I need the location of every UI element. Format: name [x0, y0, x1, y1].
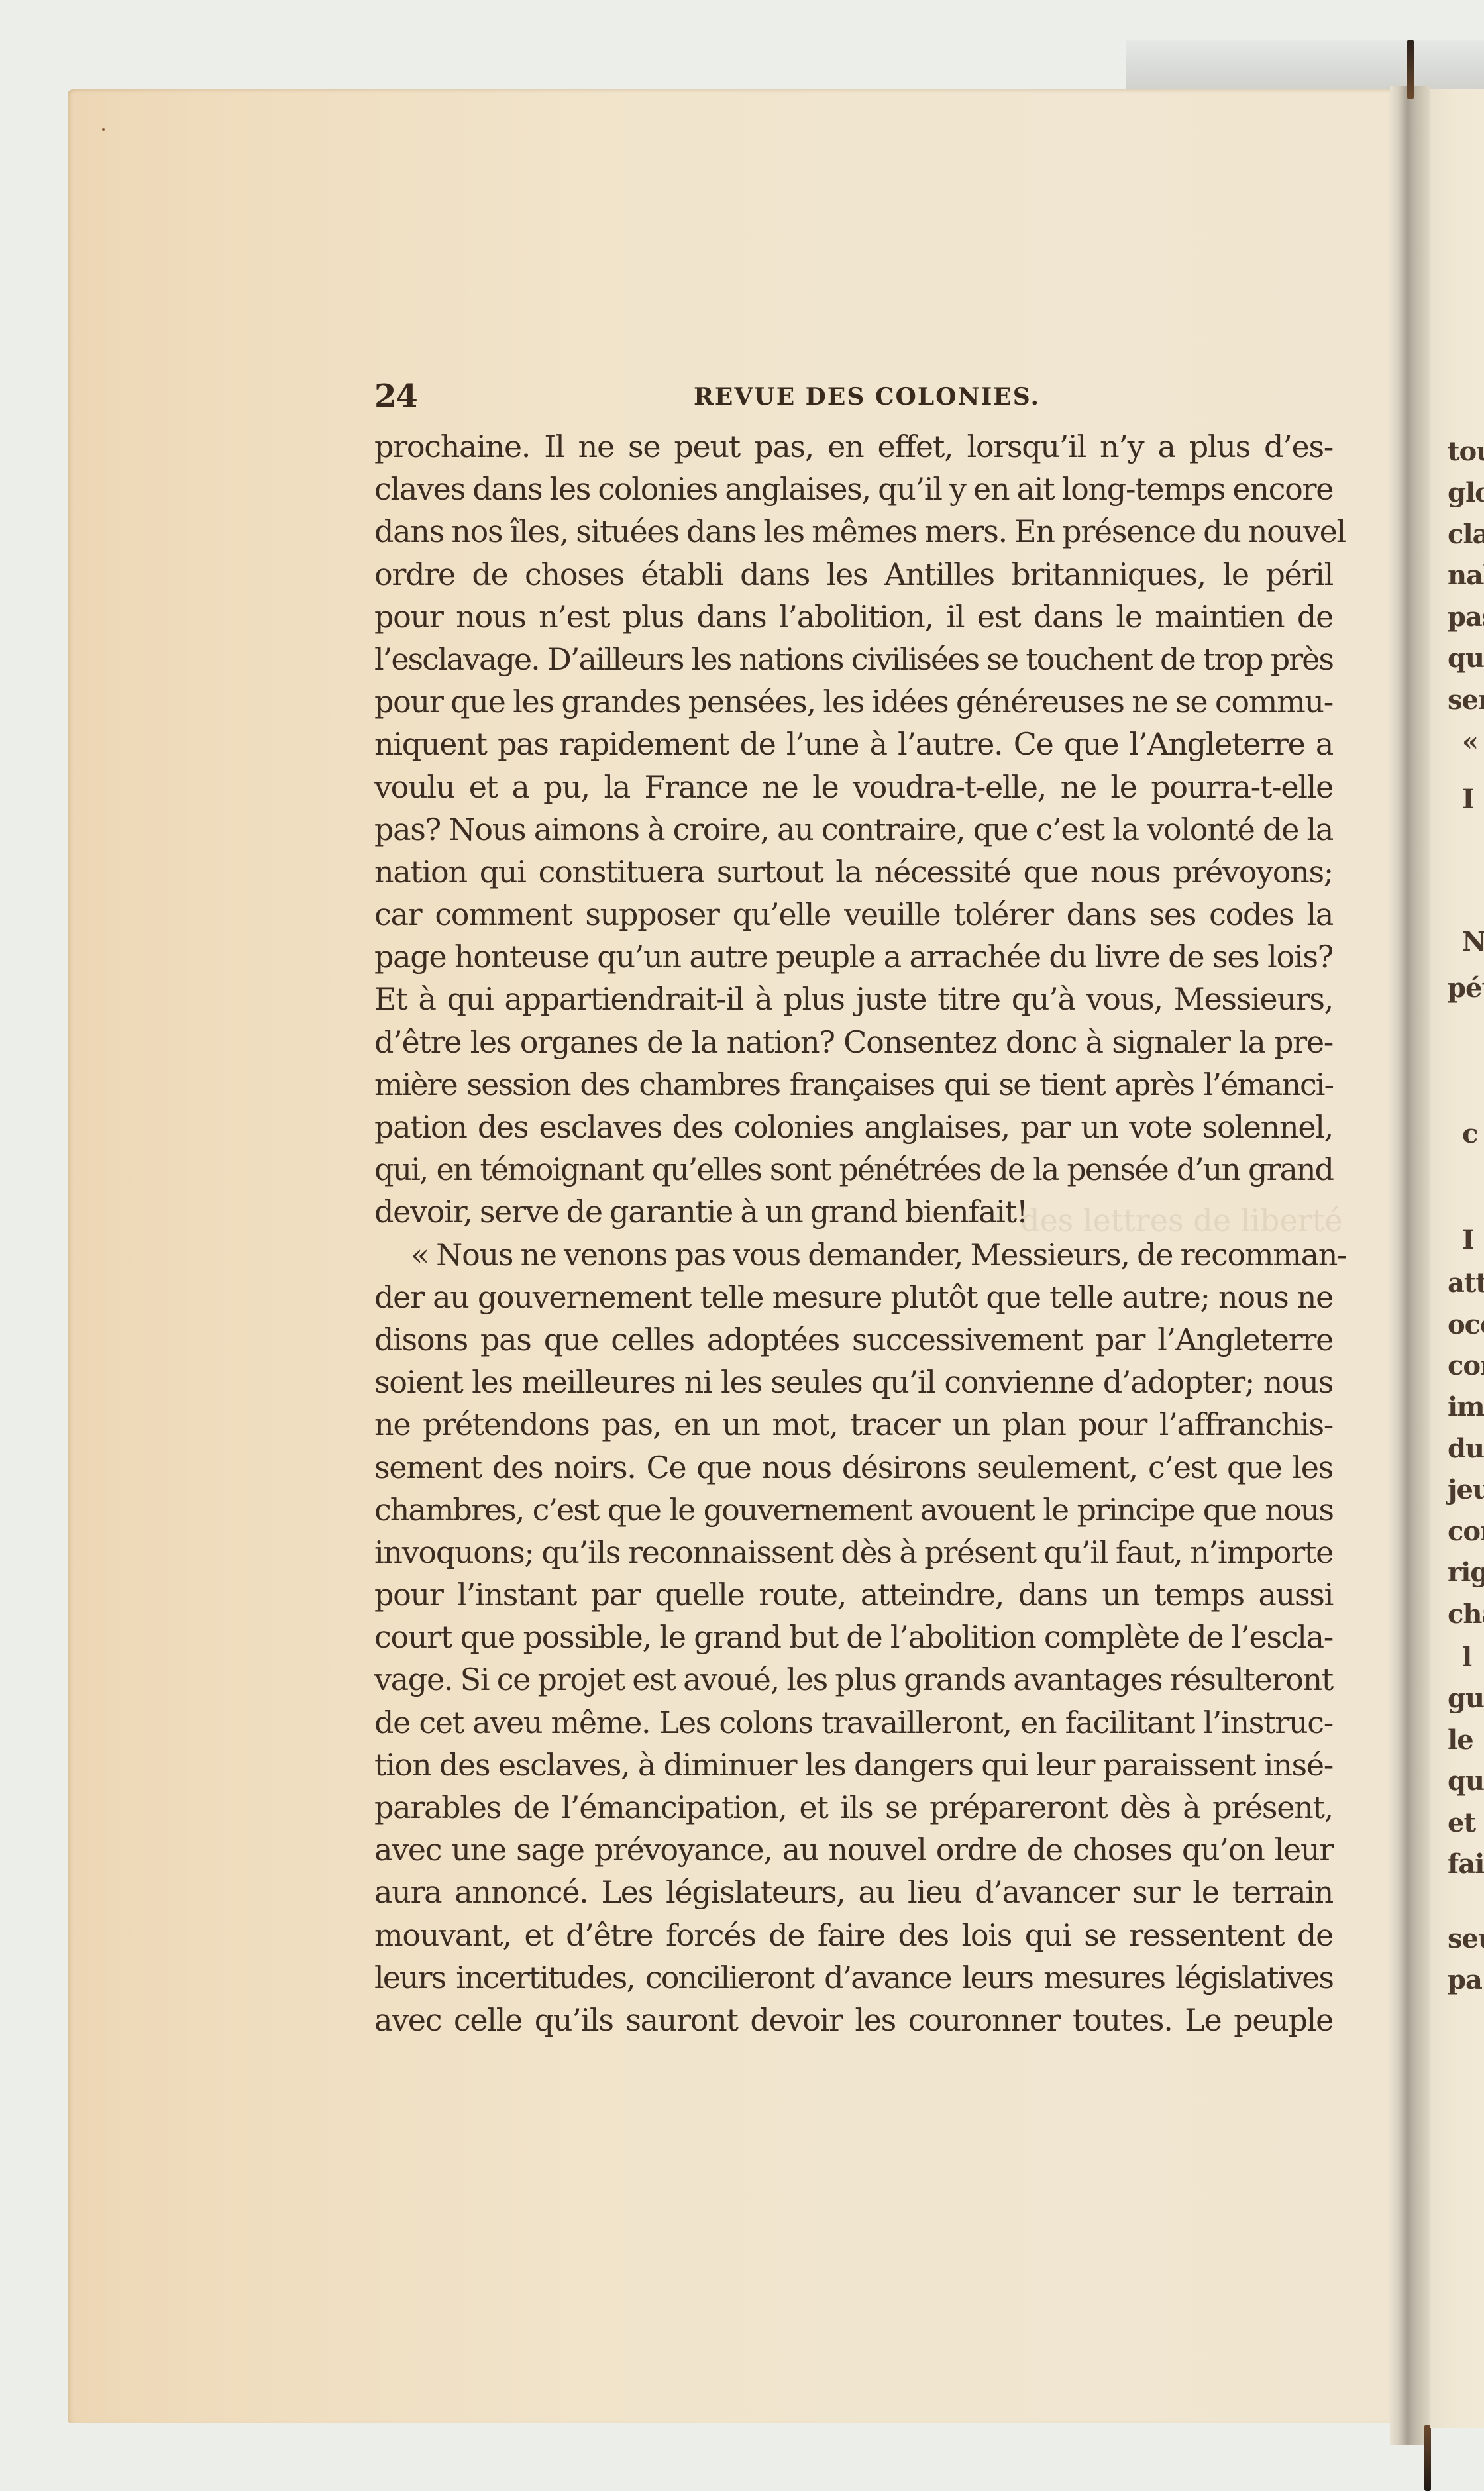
facing-page-fragment: l: [1462, 1642, 1471, 1673]
facing-page-fragment: jeu: [1448, 1474, 1484, 1505]
text-line: claves dans les colonies anglaises, qu’i…: [374, 468, 1333, 510]
text-line: voulu et a pu, la France ne le voudra-t-…: [374, 766, 1333, 808]
running-title: REVUE DES COLONIES.: [374, 383, 1333, 411]
facing-page-fragment: occ: [1448, 1309, 1484, 1340]
facing-page-fragment: que: [1448, 1766, 1484, 1797]
text-line: car comment supposer qu’elle veuille tol…: [374, 893, 1333, 935]
text-line: qui, en témoignant qu’elles sont pénétré…: [374, 1148, 1333, 1191]
book-gutter: [1390, 86, 1430, 2445]
facing-page-fragment: rig: [1448, 1557, 1484, 1588]
text-line: avec une sage prévoyance, au nouvel ordr…: [374, 1828, 1333, 1871]
text-line: de cet aveu même. Les colons travaillero…: [374, 1701, 1333, 1744]
text-line: invoquons; qu’ils reconnaissent dès à pr…: [374, 1531, 1333, 1573]
text-line-paragraph-end: devoir, serve de garantie à un grand bie…: [374, 1191, 1333, 1233]
text-line: prochaine. Il ne se peut pas, en effet, …: [374, 425, 1333, 468]
scanner-shadow: [1126, 40, 1484, 93]
spine-top-edge: [1407, 40, 1414, 99]
text-line: ne prétendons pas, en un mot, tracer un …: [374, 1403, 1333, 1446]
text-line: soient les meilleures ni les seules qu’i…: [374, 1361, 1333, 1403]
text-line: ordre de choses établi dans les Antilles…: [374, 553, 1333, 596]
text-line: pation des esclaves des colonies anglais…: [374, 1106, 1333, 1148]
text-line: pas? Nous aimons à croire, au contraire,…: [374, 808, 1333, 851]
facing-page-fragment: pa: [1448, 1964, 1482, 1995]
text-line: mouvant, et d’être forcés de faire des l…: [374, 1914, 1333, 1956]
facing-page-fragment: I: [1462, 784, 1474, 815]
facing-page-fragment: qu’e: [1448, 643, 1484, 674]
facing-page-fragment: cha: [1448, 1599, 1484, 1630]
facing-page-fragment: gloi: [1448, 477, 1484, 508]
text-line: parables de l’émancipation, et ils se pr…: [374, 1786, 1333, 1828]
text-line: d’être les organes de la nation? Consent…: [374, 1021, 1333, 1063]
facing-page-fragment: c: [1462, 1118, 1477, 1149]
facing-page-fragment: con: [1448, 1516, 1484, 1547]
facing-page-fragment: et: [1448, 1807, 1475, 1838]
facing-page-fragment: fai: [1448, 1848, 1484, 1880]
facing-page-fragment: tout: [1448, 436, 1484, 467]
facing-page-fragment: clam: [1448, 519, 1484, 550]
text-line: l’esclavage. D’ailleurs les nations civi…: [374, 638, 1333, 680]
text-line: vage. Si ce projet est avoué, les plus g…: [374, 1658, 1333, 1701]
facing-page-fragment: atti: [1448, 1267, 1484, 1298]
text-line-paragraph-start: « Nous ne venons pas vous demander, Mess…: [374, 1234, 1333, 1276]
text-line: aura annoncé. Les législateurs, au lieu …: [374, 1871, 1333, 1913]
facing-page-fragment: imi: [1448, 1391, 1484, 1422]
facing-page-fragment: sem: [1448, 684, 1484, 715]
facing-page-fragment: du: [1448, 1433, 1484, 1464]
text-line: chambres, c’est que le gouvernement avou…: [374, 1489, 1333, 1531]
body-text: prochaine. Il ne se peut pas, en effet, …: [374, 425, 1333, 2041]
facing-page-fragment: le: [1448, 1724, 1473, 1756]
spine-bottom-edge: [1424, 2425, 1431, 2491]
text-line: tion des esclaves, à diminuer les danger…: [374, 1744, 1333, 1786]
facing-page-fragment: gue: [1448, 1683, 1484, 1714]
facing-page-fragment: nale: [1448, 560, 1484, 591]
facing-page-fragment: N: [1462, 926, 1484, 957]
text-line: pour nous n’est plus dans l’abolition, i…: [374, 596, 1333, 638]
text-line: niquent pas rapidement de l’une à l’autr…: [374, 723, 1333, 765]
text-line: pour que les grandes pensées, les idées …: [374, 680, 1333, 723]
text-line: dans nos îles, situées dans les mêmes me…: [374, 510, 1333, 553]
running-head: 24 REVUE DES COLONIES.: [374, 378, 1333, 417]
text-line: avec celle qu’ils sauront devoir les cou…: [374, 1999, 1333, 2041]
text-line: nation qui constituera surtout la nécess…: [374, 851, 1333, 893]
text-line: page honteuse qu’un autre peuple a arrac…: [374, 935, 1333, 978]
facing-page-fragment: péti: [1448, 973, 1484, 1004]
paper-speck: [102, 128, 105, 131]
text-line: disons pas que celles adoptées successiv…: [374, 1318, 1333, 1361]
text-line: Et à qui appartiendrait-il à plus juste …: [374, 978, 1333, 1020]
facing-page-fragment: seu: [1448, 1923, 1484, 1954]
text-line: pour l’instant par quelle route, atteind…: [374, 1573, 1333, 1616]
text-line: der au gouvernement telle mesure plutôt …: [374, 1276, 1333, 1318]
facing-page-fragment: con: [1448, 1350, 1484, 1381]
facing-page-fragment: pas: [1448, 602, 1484, 633]
text-line: sement des noirs. Ce que nous désirons s…: [374, 1446, 1333, 1489]
text-line: leurs incertitudes, concilieront d’avanc…: [374, 1956, 1333, 1999]
text-line: court que possible, le grand but de l’ab…: [374, 1616, 1333, 1658]
text-line: mière session des chambres françaises qu…: [374, 1063, 1333, 1106]
facing-page-fragment: I: [1462, 1224, 1474, 1255]
facing-page-fragment: «: [1462, 726, 1478, 757]
